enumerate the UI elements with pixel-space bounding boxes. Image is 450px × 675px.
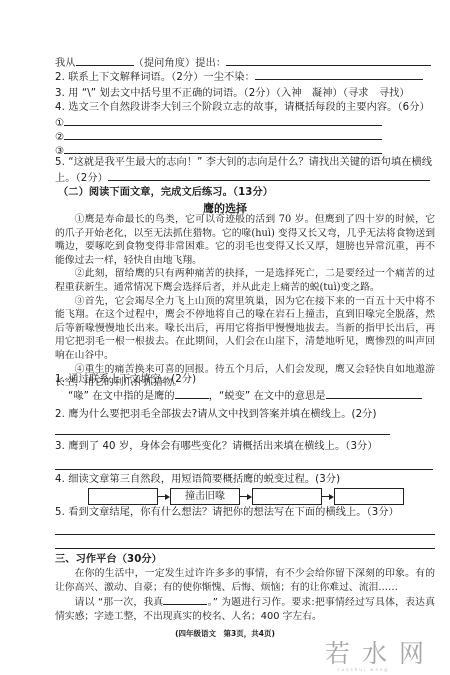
s2-q1-text: 1. 通过联系上下文填空。(2分) xyxy=(55,373,196,386)
q1-blank-question[interactable] xyxy=(226,55,431,66)
section3-body: 在你的生活中，一定发生过许许多多的事情，有不少会给你留下深刻的印象。有的让你高兴… xyxy=(55,567,435,623)
flow-box-2: 撞击旧喙 xyxy=(170,488,240,505)
essay-title-prefix: 请以 “那一次，我真 xyxy=(75,597,164,608)
section3-paragraph-1: 在你的生活中，一定发生过许许多多的事情，有不少会给你留下深刻的印象。有的让你高兴… xyxy=(55,567,435,594)
s2-q3-answer-line[interactable] xyxy=(55,469,433,470)
s1-q4-blank-1[interactable] xyxy=(64,115,382,126)
watermark-subtext: ruoshui wang xyxy=(338,667,389,672)
s1-q4-item-1: ① xyxy=(55,115,382,130)
s2-q2-text: 2. 鹰为什么要把羽毛全部拔去?请从文中找到答案并填在横线上。(2分) xyxy=(55,408,377,421)
s2-q5-answer-line-2[interactable] xyxy=(55,548,435,549)
section3-paragraph-2: 请以 “那一次，我真。” 为题进行习作。要求:把事情经过写具体，表达真情实感；字… xyxy=(55,594,435,623)
s1-q3-text: 3. 用 “\” 划去文中括号里不正确的词语。（2分）（入神 凝神）（寻求 寻找… xyxy=(55,87,410,100)
q1-prompt-line: 我从（提问角度）提出： xyxy=(55,55,431,70)
s1-q2-blank[interactable] xyxy=(255,69,423,80)
s1-q2: 2. 联系上下文解释词语。（2分）一尘不染： xyxy=(55,69,423,84)
s1-q4-text: 4. 选文三个自然段讲李大钊三个阶段立志的故事，请概括每段的主要内容。（6分） xyxy=(55,101,430,114)
s1-q5-line2: 上。（2分） xyxy=(55,170,430,185)
s2-q1-fill-line: “喙” 在文中指的是鹰的，“蜕变” 在文中的意思是 xyxy=(68,388,422,403)
s2-q1-fill-part2: ，“蜕变” 在文中的意思是 xyxy=(209,391,326,402)
item-marker: ② xyxy=(55,132,64,143)
section3-heading: 三、习作平台（30分） xyxy=(55,553,162,566)
s2-q5-text: 5. 看到文章结尾，你有什么想法？请把你的想法写在下面的横线上。（3分） xyxy=(55,506,399,519)
item-marker: ① xyxy=(55,118,64,129)
article-paragraph-1: ①鹰是寿命最长的鸟类，它可以奇迹般的活到 70 岁。但鹰到了四十岁的时候，它的爪… xyxy=(55,213,435,267)
article-paragraph-2: ②此刻，留给鹰的只有两种痛苦的抉择，一是选择死亡，二是要经过一个痛苦的过程重获新… xyxy=(55,267,435,294)
q1-prefix: 我从 xyxy=(55,58,76,69)
essay-title-blank[interactable] xyxy=(163,594,207,605)
arrow-right-icon xyxy=(322,492,334,501)
article-body: ①鹰是寿命最长的鸟类，它可以奇迹般的活到 70 岁。但鹰到了四十岁的时候，它的爪… xyxy=(55,213,435,390)
q1-middle: （提问角度）提出： xyxy=(134,58,227,69)
s2-q4-text: 4. 细读文章第三自然段，用短语简要概括鹰的蜕变过程。(3分) xyxy=(55,473,340,486)
s1-q5-text-2: 上。（2分） xyxy=(55,173,108,184)
section2-heading: （二）阅读下面文章，完成文后练习。（13分） xyxy=(58,186,273,199)
arrow-right-icon xyxy=(240,492,252,501)
transformation-flowchart: 撞击旧喙 xyxy=(88,488,404,505)
exam-page: 我从（提问角度）提出： 2. 联系上下文解释词语。（2分）一尘不染： 3. 用 … xyxy=(0,0,450,675)
s1-q4-item-2: ② xyxy=(55,129,382,144)
q1-blank-angle[interactable] xyxy=(76,55,134,66)
s1-q4-blank-3[interactable] xyxy=(64,143,382,154)
s1-q2-text: 2. 联系上下文解释词语。（2分）一尘不染： xyxy=(55,72,255,83)
s1-q5-text: 5. “这就是我平生最大的志向！” 李大钊的志向是什么？请找出关键的语句填在横线 xyxy=(55,156,432,169)
s2-q1-blank-2[interactable] xyxy=(326,388,422,399)
flow-box-4[interactable] xyxy=(334,488,404,505)
article-paragraph-3: ③首先，它会竭尽全力飞上山顶的窝里筑巢，因为它在接下来的一百五十天中将不能飞翔。… xyxy=(55,295,435,363)
s2-q1-fill-part1: “喙” 在文中指的是鹰的 xyxy=(68,391,175,402)
s1-q5-blank[interactable] xyxy=(108,170,430,181)
s2-q5-answer-line-1[interactable] xyxy=(55,534,435,535)
s2-q1-blank-1[interactable] xyxy=(175,388,209,399)
s1-q4-blank-2[interactable] xyxy=(64,129,382,140)
s2-q3-text: 3. 鹰到了 40 岁，身体会有哪些变化？请概括出来填在横线上。（3分） xyxy=(55,440,378,453)
watermark-logo: 若水网 xyxy=(325,634,436,670)
arrow-right-icon xyxy=(158,492,170,501)
s2-q2-answer-line[interactable] xyxy=(55,434,390,435)
flow-box-1[interactable] xyxy=(88,488,158,505)
flow-box-3[interactable] xyxy=(252,488,322,505)
